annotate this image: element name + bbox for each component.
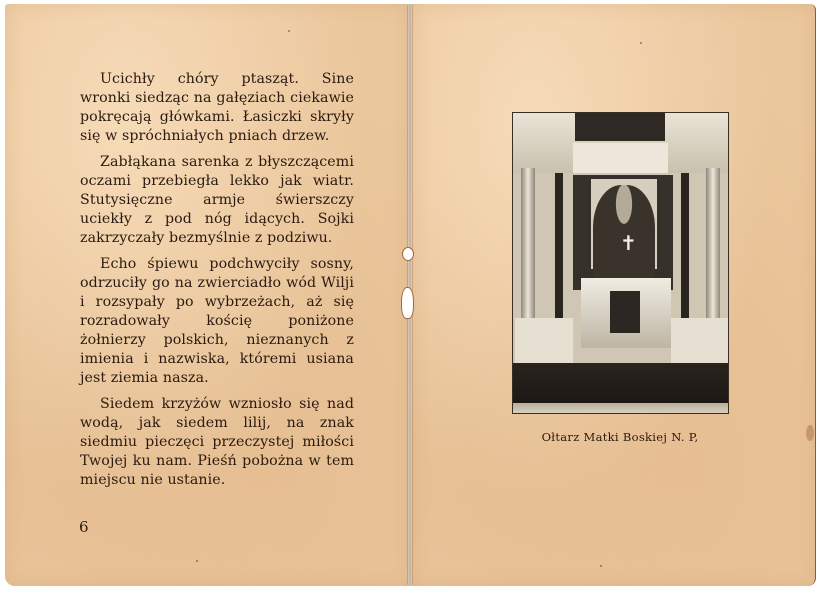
photo-column (706, 168, 720, 318)
paper-stain (806, 425, 814, 441)
paragraph: Zabłąkana sarenka z błyszczącemi oczami … (80, 153, 354, 248)
paragraph: Siedem krzyżów wzniosło się nad wodą, ja… (80, 395, 354, 490)
photo-tabernacle-door (610, 291, 640, 333)
photo-side-altar (515, 318, 573, 363)
booklet-spread: Ucichły chóry ptasząt. Sine wronki siedz… (0, 0, 820, 592)
paper-speck (288, 30, 290, 32)
cross-icon: ✝ (620, 233, 637, 253)
photo-vault-window (575, 113, 665, 141)
page-number: 6 (79, 518, 89, 536)
photo-column-shadow (555, 173, 563, 318)
photo-column-shadow (681, 173, 689, 318)
paper-speck (640, 42, 642, 44)
altar-photograph: ✝ (513, 113, 728, 413)
photo-caption: Ołtarz Matki Boskiej N. P, (500, 430, 740, 444)
paper-speck (196, 560, 198, 562)
binding-hole (401, 287, 414, 319)
paragraph: Echo śpiewu podchwyciły sosny, odrzuciły… (80, 255, 354, 388)
paper-speck (600, 565, 602, 567)
paragraph: Ucichły chóry ptasząt. Sine wronki siedz… (80, 70, 354, 146)
photo-altar-frontal (513, 363, 728, 413)
binding-hole (402, 247, 414, 261)
photo-column (521, 168, 535, 318)
photo-arch (573, 143, 668, 173)
body-text: Ucichły chóry ptasząt. Sine wronki siedz… (80, 70, 354, 497)
photo-side-altar (671, 318, 728, 363)
